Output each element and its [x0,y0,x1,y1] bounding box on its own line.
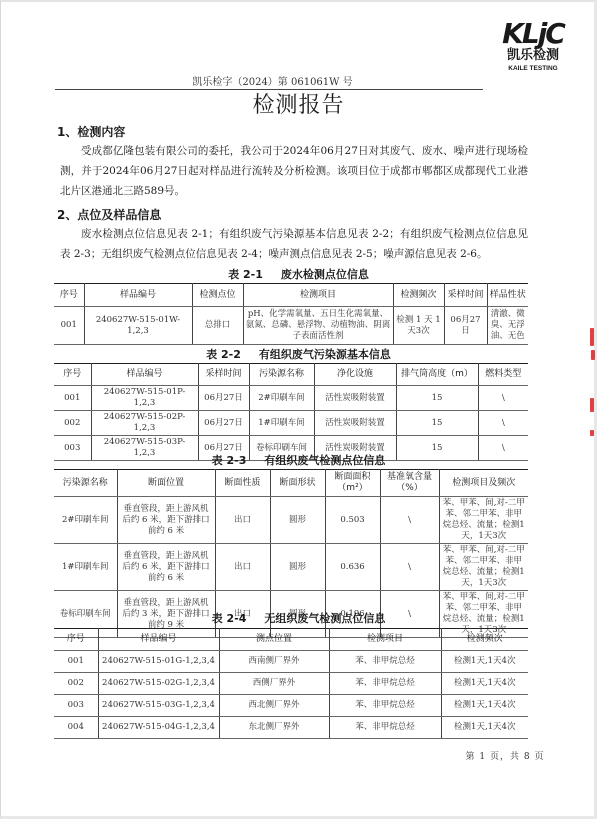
table-row: 2#印刷车间 垂直管段，距上游风机后约 6 米，距下游排口前约 6 米 出口 圆… [54,497,528,544]
cell: 240627W-515-02G-1,2,3,4 [98,673,219,695]
column-header: 检测项目及频次 [439,470,528,497]
column-header: 检测频次 [393,284,444,307]
table-number: 表 2-1 [228,268,263,281]
column-header: 检测点位 [192,284,243,307]
column-header: 断面面积（m²） [325,470,380,497]
cell: 004 [54,717,98,739]
column-header: 污染源名称 [54,470,117,497]
table-2-3-caption: 表 2-3有组织废气检测点位信息 [0,454,597,468]
cell: 240627W-515-02P-1,2,3 [91,411,198,436]
cell: 清澈、微臭、无浮油、无色 [487,307,528,345]
cell: 圆形 [270,497,325,544]
cell: 001 [54,307,84,345]
cell: 苯、甲苯、间,对-二甲苯、邻二甲苯、非甲烷总烃、流量；检测1天，1天3次 [439,497,528,544]
table-2-2-organized-gas-sources: 序号 样品编号 采样时间 污染源名称 净化设施 排气筒高度（m） 燃料类型 00… [54,363,528,461]
column-header: 断面形状 [270,470,325,497]
cell: 06月27日 [444,307,487,345]
section-2-heading: 2、点位及样品信息 [57,207,161,223]
column-header: 序号 [54,629,98,651]
column-header: 检测项目 [243,284,393,307]
cell: 活性炭吸附装置 [314,411,396,436]
table-row: 004 240627W-515-04G-1,2,3,4 东北侧厂界外 苯、非甲烷… [54,717,528,739]
cell: 06月27日 [198,411,249,436]
cell: 苯、非甲烷总烃 [329,717,441,739]
cell: 240627W-515-01P-1,2,3 [91,386,198,411]
column-header: 排气筒高度（m） [396,364,478,386]
cell: \ [380,544,439,591]
cell: 001 [54,651,98,673]
column-header: 检测频次 [441,629,528,651]
logo-mark: KLjC [483,20,583,48]
cell: 检测 1 天 1天3次 [393,307,444,345]
table-row: 001 240627W-515-01G-1,2,3,4 西南侧厂界外 苯、非甲烷… [54,651,528,673]
cell: 检测1天,1天4次 [441,717,528,739]
cell: \ [478,411,528,436]
cell: 2#印刷车间 [249,386,314,411]
red-seal-fragment [590,320,597,440]
cell: \ [380,497,439,544]
column-header: 燃料类型 [478,364,528,386]
table-title: 无组织废气检测点位信息 [264,612,385,625]
cell: 苯、非甲烷总烃 [329,651,441,673]
cell: 15 [396,411,478,436]
table-2-4-unorganized-gas-points: 序号 样品编号 测点位置 检测项目 检测频次 001 240627W-515-0… [54,628,528,739]
table-title: 有组织废气污染源基本信息 [259,348,391,361]
table-number: 表 2-2 [206,348,241,361]
cell: 240627W-515-04G-1,2,3,4 [98,717,219,739]
cell: 002 [54,673,98,695]
cell: 垂直管段，距上游风机后约 6 米，距下游排口前约 6 米 [117,544,215,591]
cell: 检测1天,1天4次 [441,651,528,673]
column-header: 基准氧含量（%） [380,470,439,497]
cell: 圆形 [270,544,325,591]
column-header: 样品编号 [98,629,219,651]
cell: 西侧厂界外 [219,673,329,695]
column-header: 采样时间 [198,364,249,386]
cell: 06月27日 [198,386,249,411]
table-row: 001 240627W-515-01W-1,2,3 总排口 pH、化学需氧量、五… [54,307,528,345]
section-1-heading: 1、检测内容 [57,124,125,140]
column-header: 净化设施 [314,364,396,386]
cell: 东北侧厂界外 [219,717,329,739]
table-row: 1#印刷车间 垂直管段，距上游风机后约 6 米，距下游排口前约 6 米 出口 圆… [54,544,528,591]
cell: 出口 [215,497,270,544]
table-2-1-wastewater-points: 序号 样品编号 检测点位 检测项目 检测频次 采样时间 样品性状 001 240… [54,283,528,345]
cell: 西北侧厂界外 [219,695,329,717]
cell: 002 [54,411,91,436]
column-header: 样品性状 [487,284,528,307]
cell: 苯、非甲烷总烃 [329,695,441,717]
section-2-paragraph: 废水检测点位信息见表 2-1；有组织废气污染源基本信息见表 2-2；有组织废气检… [60,224,528,264]
column-header: 样品编号 [91,364,198,386]
cell: 003 [54,695,98,717]
cell: 苯、甲苯、间,对-二甲苯、邻二甲苯、非甲烷总烃、流量；检测1天，1天3次 [439,544,528,591]
column-header: 测点位置 [219,629,329,651]
table-row: 003 240627W-515-03G-1,2,3,4 西北侧厂界外 苯、非甲烷… [54,695,528,717]
logo-english-name: KAILE TESTING [483,64,583,74]
cell: 240627W-515-01G-1,2,3,4 [98,651,219,673]
document-title: 检测报告 [0,91,597,121]
table-row: 002 240627W-515-02P-1,2,3 06月27日 1#印刷车间 … [54,411,528,436]
cell: 001 [54,386,91,411]
cell: 0.636 [325,544,380,591]
table-2-1-caption: 表 2-1废水检测点位信息 [0,268,597,282]
company-logo: KLjC 凯乐检测 KAILE TESTING [483,20,583,74]
table-title: 废水检测点位信息 [281,268,369,281]
cell: 检测1天,1天4次 [441,695,528,717]
column-header: 序号 [54,284,84,307]
cell: 垂直管段，距上游风机后约 6 米，距下游排口前约 6 米 [117,497,215,544]
cell: 苯、非甲烷总烃 [329,673,441,695]
cell: 1#印刷车间 [54,544,117,591]
cell: 240627W-515-03G-1,2,3,4 [98,695,219,717]
cell: 活性炭吸附装置 [314,386,396,411]
cell: 出口 [215,544,270,591]
page-number: 第 1 页，共 8 页 [430,751,580,763]
table-row: 002 240627W-515-02G-1,2,3,4 西侧厂界外 苯、非甲烷总… [54,673,528,695]
cell: \ [478,386,528,411]
table-number: 表 2-3 [212,454,247,467]
column-header: 序号 [54,364,91,386]
section-1-paragraph: 受成都亿隆包装有限公司的委托，我公司于2024年06月27日对其废气、废水、噪声… [60,141,528,201]
column-header: 样品编号 [84,284,192,307]
cell: 检测1天,1天4次 [441,673,528,695]
cell: pH、化学需氧量、五日生化需氧量、氨氮、总磷、悬浮物、动植物油、阴离子表面活性剂 [243,307,393,345]
table-2-4-caption: 表 2-4无组织废气检测点位信息 [0,612,597,626]
column-header: 污染源名称 [249,364,314,386]
cell: 西南侧厂界外 [219,651,329,673]
cell: 0.503 [325,497,380,544]
table-number: 表 2-4 [212,612,247,625]
report-number: 凯乐检字（2024）第 061061W 号 [62,76,483,90]
table-2-2-caption: 表 2-2有组织废气污染源基本信息 [0,348,597,362]
cell: 240627W-515-01W-1,2,3 [84,307,192,345]
cell: 2#印刷车间 [54,497,117,544]
column-header: 采样时间 [444,284,487,307]
column-header: 检测项目 [329,629,441,651]
column-header: 断面性质 [215,470,270,497]
cell: 1#印刷车间 [249,411,314,436]
table-title: 有组织废气检测点位信息 [264,454,385,467]
cell: 总排口 [192,307,243,345]
table-row: 001 240627W-515-01P-1,2,3 06月27日 2#印刷车间 … [54,386,528,411]
cell: 15 [396,386,478,411]
logo-chinese-name: 凯乐检测 [483,48,583,64]
header-divider [55,89,483,90]
column-header: 断面位置 [117,470,215,497]
